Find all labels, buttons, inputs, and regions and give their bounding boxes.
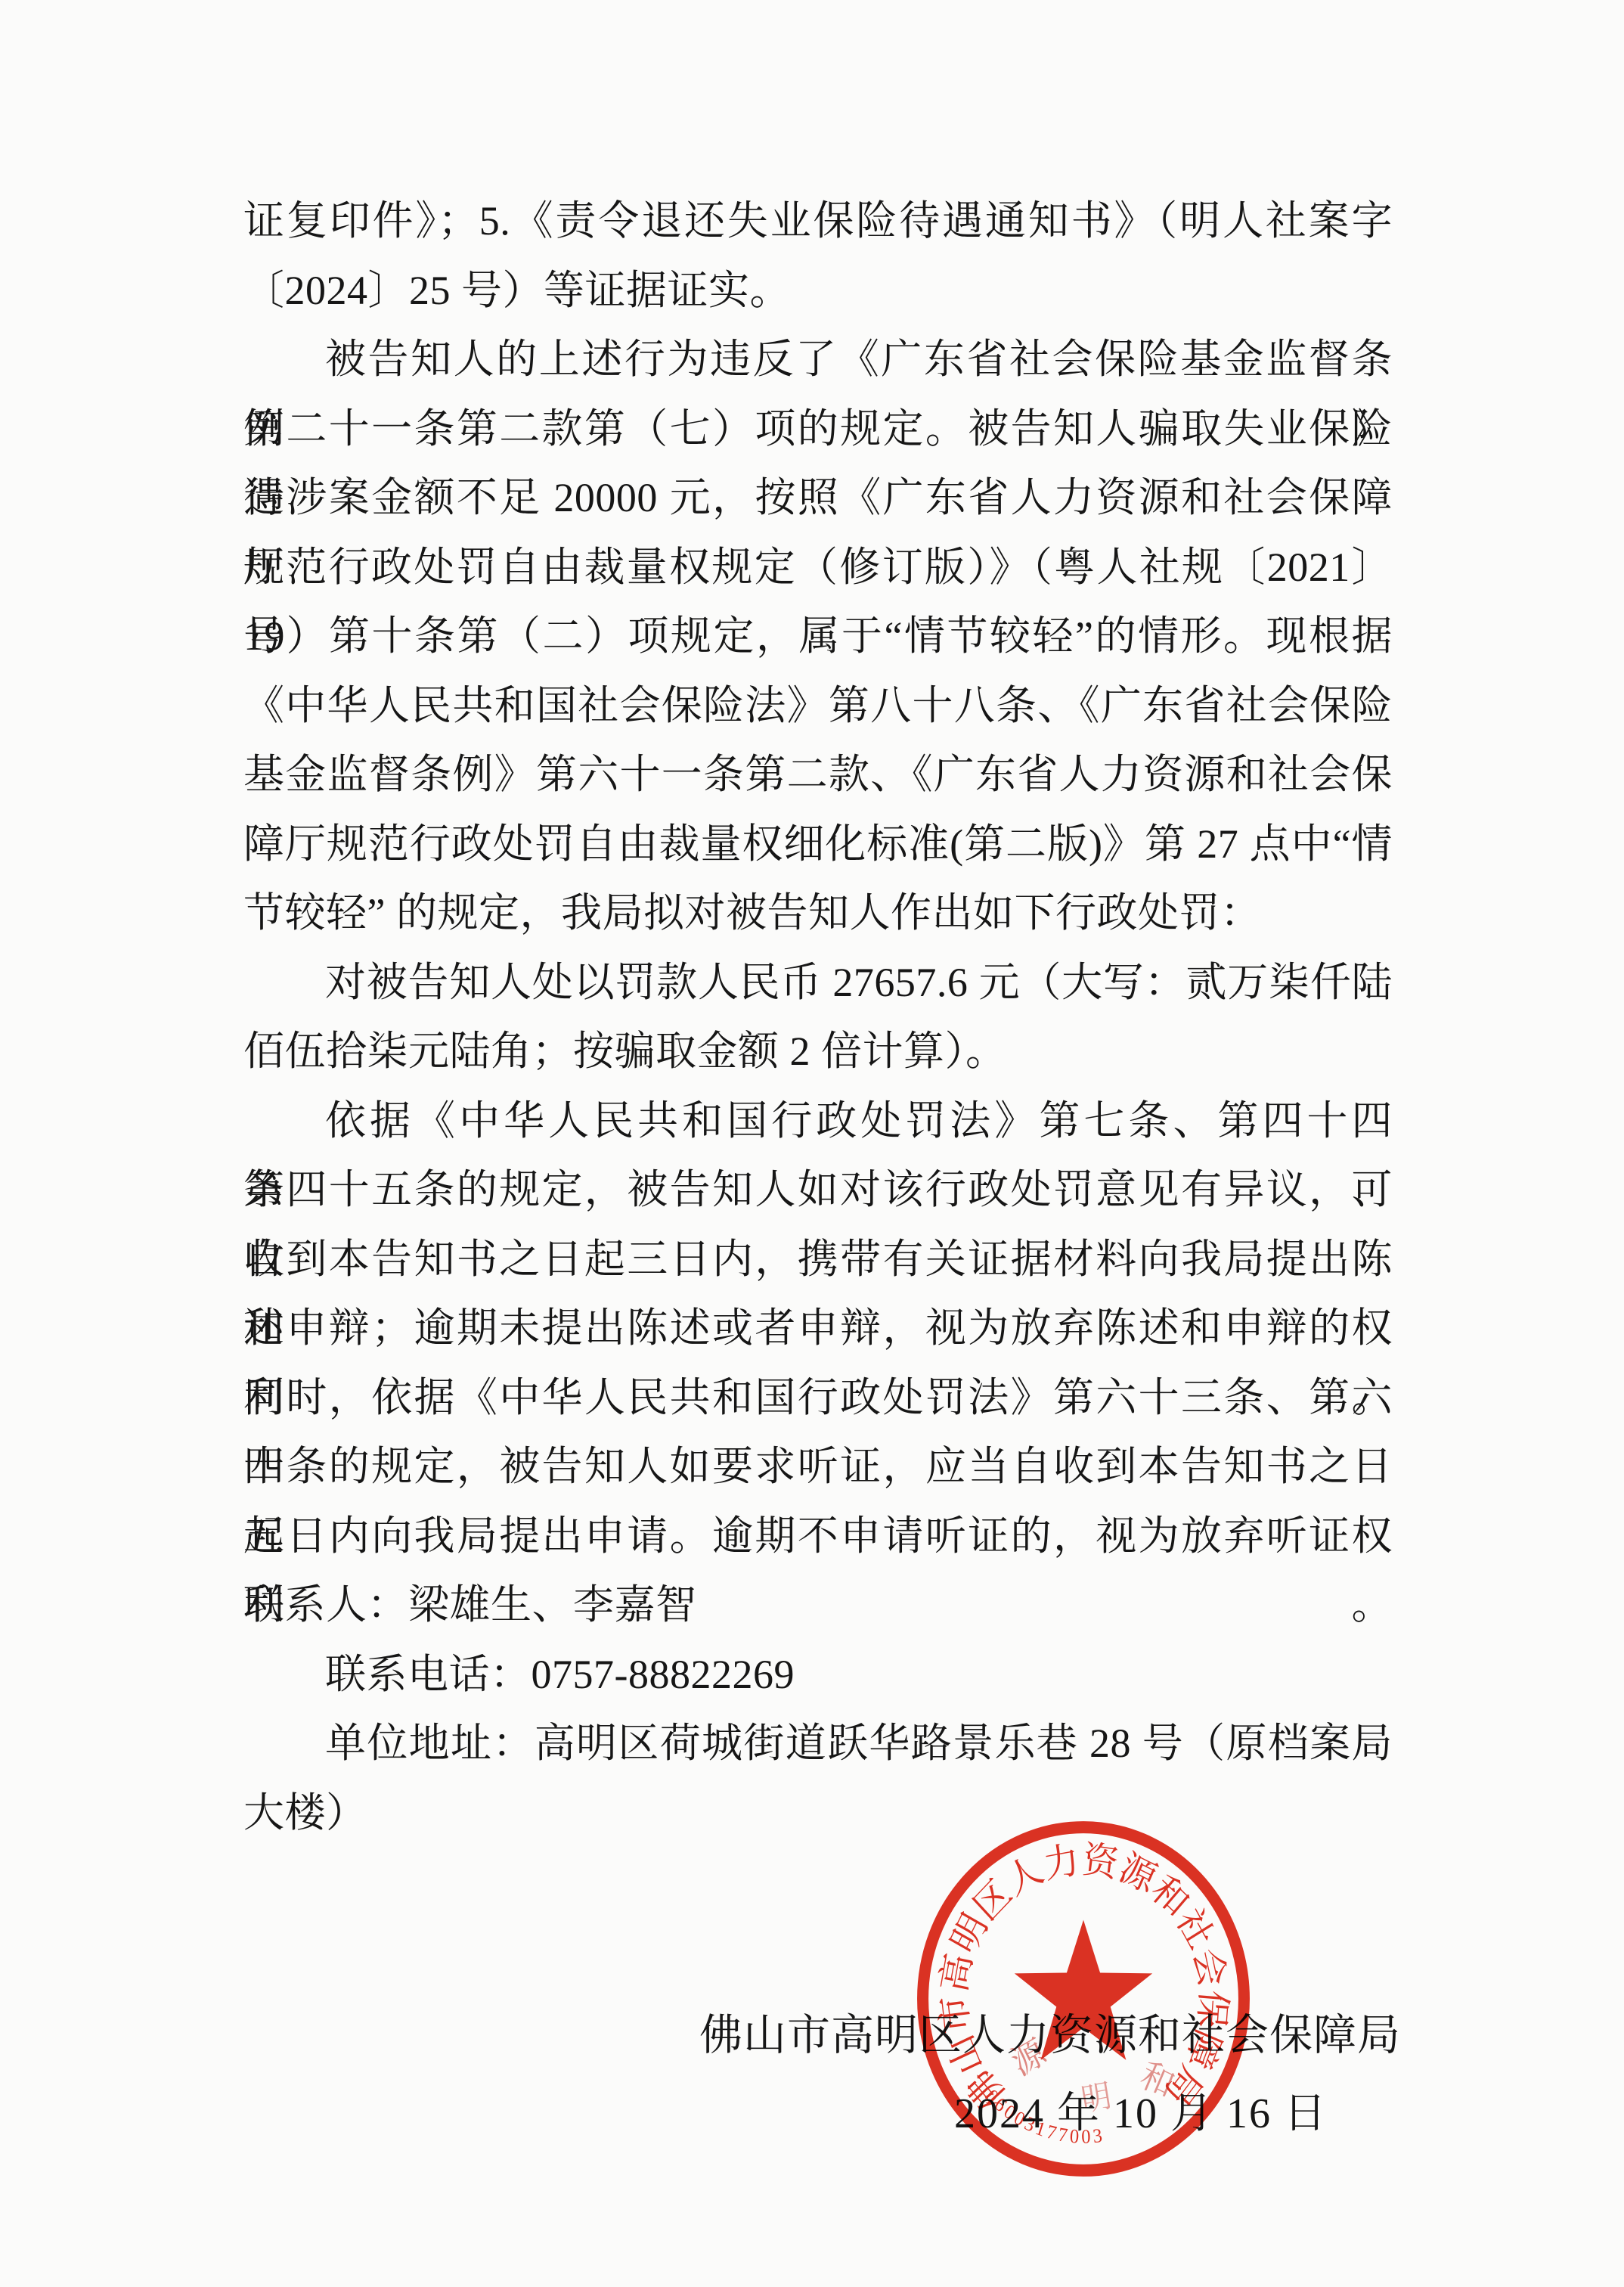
doc-line: 收到本告知书之日起三日内，携带有关证据材料向我局提出陈述 <box>243 1225 1393 1295</box>
doc-line: 依据《中华人民共和国行政处罚法》第七条、第四十四条、 <box>243 1087 1393 1156</box>
doc-line: 障厅规范行政处罚自由裁量权细化标准(第二版)》第 27 点中“情 <box>243 810 1393 880</box>
doc-line: 号）第十条第（二）项规定，属于“情节较轻”的情形。现根据 <box>243 602 1393 672</box>
doc-line: 被告知人的上述行为违反了《广东省社会保险基金监督条例》 <box>243 325 1393 395</box>
doc-line: 基金监督条例》第六十一条第二款、《广东省人力资源和社会保 <box>243 740 1393 810</box>
doc-line: 节较轻” 的规定，我局拟对被告知人作出如下行政处罚： <box>243 879 1393 948</box>
doc-line: 遇涉案金额不足 20000 元，按照《广东省人力资源和社会保障厅 <box>243 464 1393 533</box>
doc-line: 对被告知人处以罚款人民币 27657.6 元（大写：贰万柒仟陆 <box>243 948 1393 1018</box>
doc-line-address: 单位地址：高明区荷城街道跃华路景乐巷 28 号（原档案局 <box>243 1709 1393 1779</box>
doc-line: 四条的规定，被告知人如要求听证，应当自收到本告知书之日起 <box>243 1432 1393 1502</box>
doc-line: 佰伍拾柒元陆角；按骗取金额 2 倍计算）。 <box>243 1017 1393 1087</box>
seal-ghost-glyph: 明 <box>1079 2078 1114 2118</box>
doc-line: 〔2024〕25 号）等证据证实。 <box>243 256 1393 326</box>
seal-ghost-glyph: 源 <box>1006 2032 1052 2084</box>
document-page: 证复印件》；5.《责令退还失业保险待遇通知书》（明人社案字 〔2024〕25 号… <box>0 0 1624 2287</box>
doc-line: 和申辩；逾期未提出陈述或者申辩，视为放弃陈述和申辩的权利。 <box>243 1294 1393 1364</box>
doc-line: 五日内向我局提出申请。逾期不申请听证的，视为放弃听证权利。 <box>243 1502 1393 1572</box>
doc-line: 第二十一条第二款第（七）项的规定。被告知人骗取失业保险待 <box>243 395 1393 464</box>
doc-line: 规范行政处罚自由裁量权规定（修订版）》（粤人社规〔2021〕19 <box>243 533 1393 603</box>
doc-line: 《中华人民共和国社会保险法》第八十八条、《广东省社会保险 <box>243 672 1393 741</box>
official-seal: 佛山市高明区人力资源和社会保障局 06003177003 源 明 和 <box>906 1809 1261 2189</box>
doc-line: 同时，依据《中华人民共和国行政处罚法》第六十三条、第六十 <box>243 1364 1393 1433</box>
doc-line-contact-phone: 联系电话：0757-88822269 <box>243 1640 1393 1710</box>
document-body: 证复印件》；5.《责令退还失业保险待遇通知书》（明人社案字 〔2024〕25 号… <box>243 187 1393 1848</box>
doc-line: 第四十五条的规定，被告知人如对该行政处罚意见有异议，可自 <box>243 1156 1393 1225</box>
doc-line: 证复印件》；5.《责令退还失业保险待遇通知书》（明人社案字 <box>243 187 1393 256</box>
